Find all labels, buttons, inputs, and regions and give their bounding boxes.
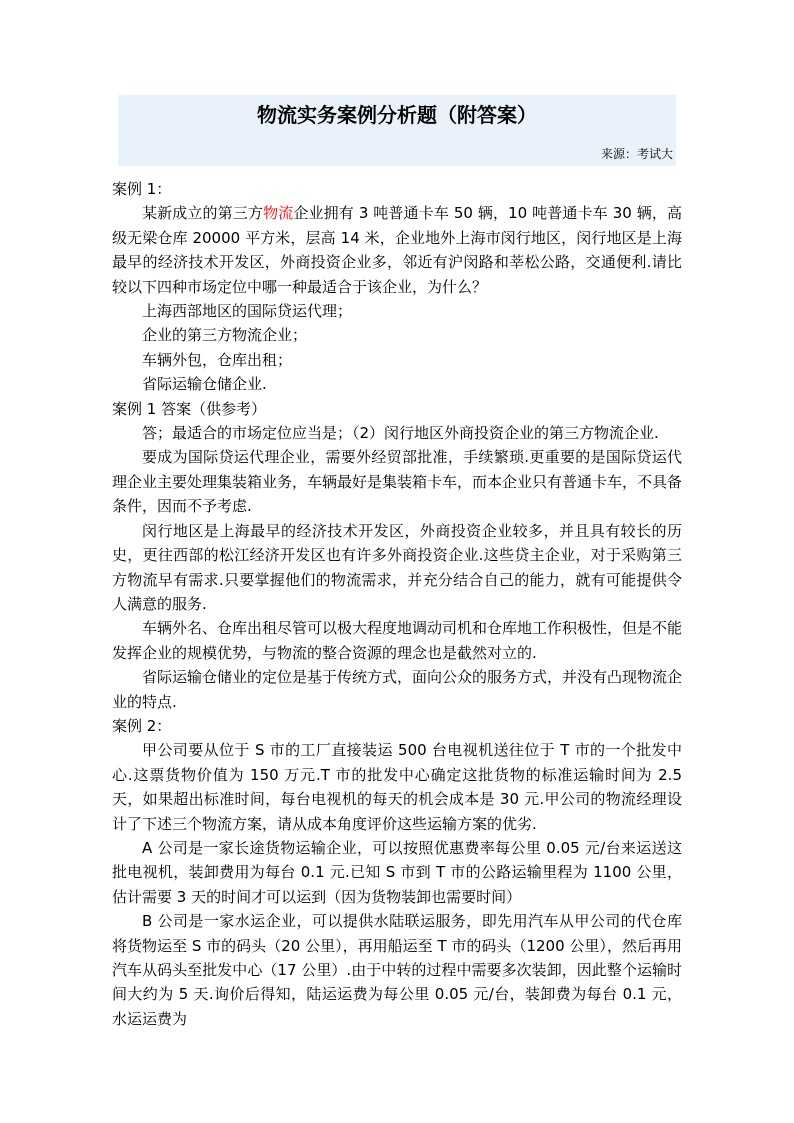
case1-option-3: 车辆外包，仓库出租； xyxy=(112,348,682,372)
case1-answer-paragraph-3: 车辆外名、仓库出租尽管可以极大程度地调动司机和仓库地工作积极性，但是不能发挥企业… xyxy=(112,616,682,665)
document-body: 案例 1： 某新成立的第三方物流企业拥有 3 吨普通卡车 50 辆，10 吨普通… xyxy=(112,177,682,1031)
case1-answer-intro: 答；最适合的市场定位应当是；（2）闵行地区外商投资企业的第三方物流企业. xyxy=(112,421,682,445)
document-page: 物流实务案例分析题（附答案） 来源：考试大 案例 1： 某新成立的第三方物流企业… xyxy=(0,0,794,1123)
case1-question-highlight: 物流 xyxy=(263,204,293,222)
case1-answer-label: 案例 1 答案（供参考） xyxy=(112,397,682,421)
case2-question: 甲公司要从位于 S 市的工厂直接装运 500 台电视机送往位于 T 市的一个批发… xyxy=(112,738,682,836)
case1-label: 案例 1： xyxy=(112,177,682,201)
case1-question: 某新成立的第三方物流企业拥有 3 吨普通卡车 50 辆，10 吨普通卡车 30 … xyxy=(112,201,682,299)
case1-option-1: 上海西部地区的国际贷运代理； xyxy=(112,299,682,323)
case1-answer-paragraph-4: 省际运输仓储业的定位是基于传统方式，面向公众的服务方式，并没有凸现物流企业的特点… xyxy=(112,665,682,714)
title-banner: 物流实务案例分析题（附答案） 来源：考试大 xyxy=(118,95,676,166)
case1-answer-paragraph-2: 闵行地区是上海最早的经济技术开发区，外商投资企业较多，并且具有较长的历史，更往西… xyxy=(112,519,682,617)
case1-option-2: 企业的第三方物流企业； xyxy=(112,323,682,347)
case1-answer-paragraph-1: 要成为国际贷运代理企业，需要外经贸部批准，手续繁琐.更重要的是国际贷运代理企业主… xyxy=(112,445,682,518)
page-title: 物流实务案例分析题（附答案） xyxy=(118,95,676,127)
case2-option-b: B 公司是一家水运企业，可以提供水陆联运服务，即先用汽车从甲公司的代仓库将货物运… xyxy=(112,909,682,1031)
case1-question-text-before: 某新成立的第三方 xyxy=(142,204,263,222)
case1-option-4: 省际运输仓储企业. xyxy=(112,372,682,396)
source-label: 来源：考试大 xyxy=(601,147,673,161)
case2-label: 案例 2： xyxy=(112,714,682,738)
case2-option-a: A 公司是一家长途货物运输企业，可以按照优惠费率每公里 0.05 元/台来运送这… xyxy=(112,836,682,909)
